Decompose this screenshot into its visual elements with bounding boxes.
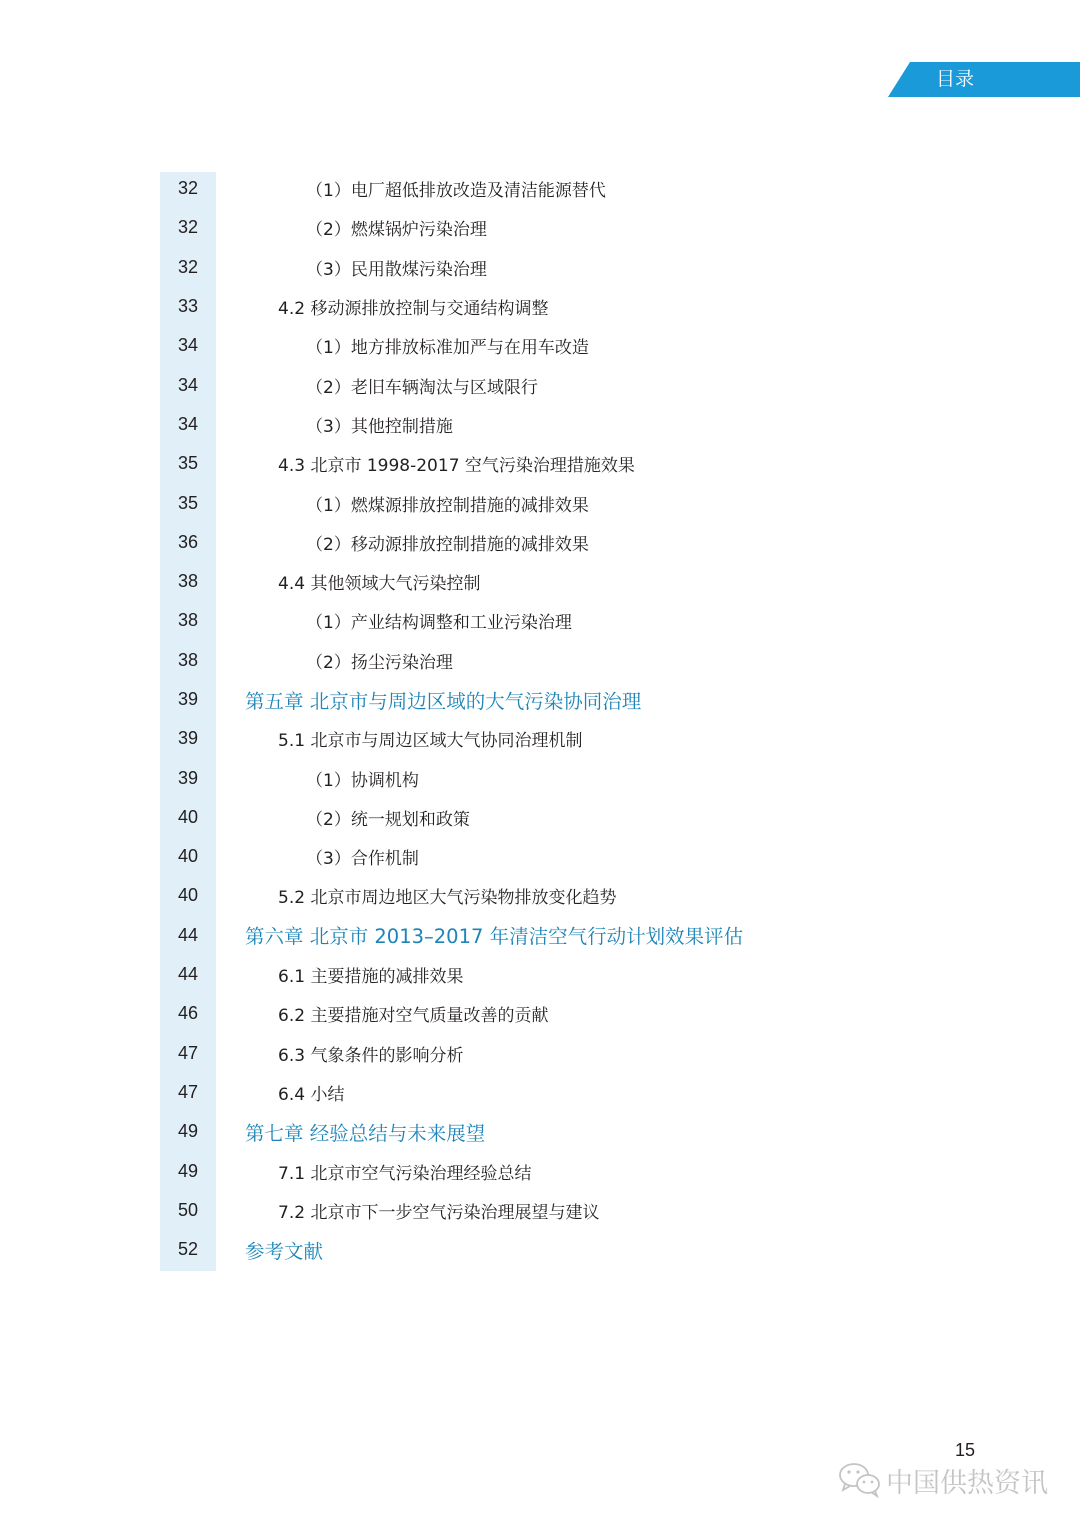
- toc-page: 52: [160, 1239, 216, 1260]
- toc-entry[interactable]: 39（1）协调机构: [160, 758, 960, 797]
- toc-page: 36: [160, 532, 216, 553]
- toc-entry[interactable]: 32（1）电厂超低排放改造及清洁能源替代: [160, 169, 960, 208]
- section-tab-label: 目录: [936, 66, 974, 93]
- toc-page: 47: [160, 1082, 216, 1103]
- table-of-contents: 32（1）电厂超低排放改造及清洁能源替代 32（2）燃煤锅炉污染治理 32（3）…: [160, 169, 960, 1269]
- toc-page: 40: [160, 807, 216, 828]
- toc-page: 49: [160, 1161, 216, 1182]
- section-tab: 目录: [888, 62, 1080, 97]
- toc-page: 34: [160, 335, 216, 356]
- toc-chapter-title: 参考文献: [245, 1236, 323, 1264]
- toc-entry[interactable]: 35（1）燃煤源排放控制措施的减排效果: [160, 483, 960, 522]
- toc-entry[interactable]: 32（2）燃煤锅炉污染治理: [160, 208, 960, 247]
- toc-entry[interactable]: 40（2）统一规划和政策: [160, 798, 960, 837]
- toc-entry[interactable]: 34（3）其他控制措施: [160, 405, 960, 444]
- toc-title: （1）产业结构调整和工业污染治理: [306, 608, 572, 633]
- toc-title: 5.2 北京市周边地区大气污染物排放变化趋势: [278, 883, 616, 908]
- toc-entry[interactable]: 34（2）老旧车辆淘汰与区域限行: [160, 365, 960, 404]
- toc-title: 6.3 气象条件的影响分析: [278, 1041, 463, 1066]
- toc-title: （2）老旧车辆淘汰与区域限行: [306, 373, 538, 398]
- toc-page: 40: [160, 885, 216, 906]
- toc-entry[interactable]: 38（1）产业结构调整和工业污染治理: [160, 601, 960, 640]
- toc-page: 44: [160, 925, 216, 946]
- toc-chapter[interactable]: 52参考文献: [160, 1230, 960, 1269]
- toc-title: 5.1 北京市与周边区域大气协同治理机制: [278, 726, 582, 751]
- toc-chapter-title: 第七章 经验总结与未来展望: [245, 1118, 485, 1146]
- toc-page: 49: [160, 1121, 216, 1142]
- toc-title: 4.4 其他领域大气污染控制: [278, 569, 480, 594]
- toc-title: （3）其他控制措施: [306, 412, 453, 437]
- toc-title: （1）地方排放标准加严与在用车改造: [306, 333, 589, 358]
- toc-page: 34: [160, 375, 216, 396]
- toc-entry[interactable]: 384.4 其他领域大气污染控制: [160, 562, 960, 601]
- toc-title: （2）扬尘污染治理: [306, 648, 453, 673]
- page-number: 15: [955, 1440, 975, 1461]
- toc-page: 34: [160, 414, 216, 435]
- toc-title: （1）协调机构: [306, 766, 419, 791]
- toc-entry[interactable]: 40（3）合作机制: [160, 837, 960, 876]
- toc-entry[interactable]: 497.1 北京市空气污染治理经验总结: [160, 1151, 960, 1190]
- toc-title: （2）移动源排放控制措施的减排效果: [306, 530, 589, 555]
- toc-title: （3）民用散煤污染治理: [306, 255, 487, 280]
- toc-title: 4.2 移动源排放控制与交通结构调整: [278, 294, 548, 319]
- toc-entry[interactable]: 354.3 北京市 1998-2017 空气污染治理措施效果: [160, 444, 960, 483]
- toc-page: 32: [160, 217, 216, 238]
- toc-page: 38: [160, 650, 216, 671]
- toc-title: （3）合作机制: [306, 844, 419, 869]
- watermark: 中国供热资讯: [838, 1460, 1048, 1500]
- toc-title: （1）电厂超低排放改造及清洁能源替代: [306, 176, 606, 201]
- toc-title: 7.1 北京市空气污染治理经验总结: [278, 1159, 531, 1184]
- watermark-text: 中国供热资讯: [886, 1461, 1048, 1500]
- toc-title: （2）统一规划和政策: [306, 805, 470, 830]
- wechat-icon: [838, 1462, 882, 1498]
- toc-title: （2）燃煤锅炉污染治理: [306, 215, 487, 240]
- toc-chapter[interactable]: 44第六章 北京市 2013–2017 年清洁空气行动计划效果评估: [160, 916, 960, 955]
- toc-entry[interactable]: 32（3）民用散煤污染治理: [160, 248, 960, 287]
- toc-entry[interactable]: 405.2 北京市周边地区大气污染物排放变化趋势: [160, 876, 960, 915]
- toc-entry[interactable]: 395.1 北京市与周边区域大气协同治理机制: [160, 719, 960, 758]
- toc-entry[interactable]: 334.2 移动源排放控制与交通结构调整: [160, 287, 960, 326]
- toc-chapter[interactable]: 39第五章 北京市与周边区域的大气污染协同治理: [160, 680, 960, 719]
- toc-page: 47: [160, 1043, 216, 1064]
- toc-page: 44: [160, 964, 216, 985]
- toc-title: 6.4 小结: [278, 1080, 344, 1105]
- toc-entry[interactable]: 36（2）移动源排放控制措施的减排效果: [160, 523, 960, 562]
- toc-entry[interactable]: 38（2）扬尘污染治理: [160, 641, 960, 680]
- toc-title: 4.3 北京市 1998-2017 空气污染治理措施效果: [278, 451, 635, 476]
- toc-title: （1）燃煤源排放控制措施的减排效果: [306, 491, 589, 516]
- toc-page: 50: [160, 1200, 216, 1221]
- toc-entry[interactable]: 446.1 主要措施的减排效果: [160, 955, 960, 994]
- toc-entry[interactable]: 34（1）地方排放标准加严与在用车改造: [160, 326, 960, 365]
- toc-page: 46: [160, 1003, 216, 1024]
- toc-page: 32: [160, 257, 216, 278]
- toc-page: 38: [160, 571, 216, 592]
- toc-entry[interactable]: 476.4 小结: [160, 1073, 960, 1112]
- toc-page: 38: [160, 610, 216, 631]
- toc-title: 7.2 北京市下一步空气污染治理展望与建议: [278, 1198, 599, 1223]
- toc-page: 32: [160, 178, 216, 199]
- toc-entry[interactable]: 466.2 主要措施对空气质量改善的贡献: [160, 994, 960, 1033]
- toc-entry[interactable]: 476.3 气象条件的影响分析: [160, 1034, 960, 1073]
- toc-title: 6.1 主要措施的减排效果: [278, 962, 463, 987]
- toc-page: 39: [160, 728, 216, 749]
- toc-page: 39: [160, 768, 216, 789]
- toc-chapter[interactable]: 49第七章 经验总结与未来展望: [160, 1112, 960, 1151]
- toc-title: 6.2 主要措施对空气质量改善的贡献: [278, 1001, 548, 1026]
- toc-page: 39: [160, 689, 216, 710]
- toc-page: 35: [160, 493, 216, 514]
- toc-entry[interactable]: 507.2 北京市下一步空气污染治理展望与建议: [160, 1191, 960, 1230]
- toc-page: 40: [160, 846, 216, 867]
- toc-chapter-title: 第五章 北京市与周边区域的大气污染协同治理: [245, 686, 641, 714]
- toc-page: 35: [160, 453, 216, 474]
- toc-page: 33: [160, 296, 216, 317]
- toc-chapter-title: 第六章 北京市 2013–2017 年清洁空气行动计划效果评估: [245, 921, 743, 949]
